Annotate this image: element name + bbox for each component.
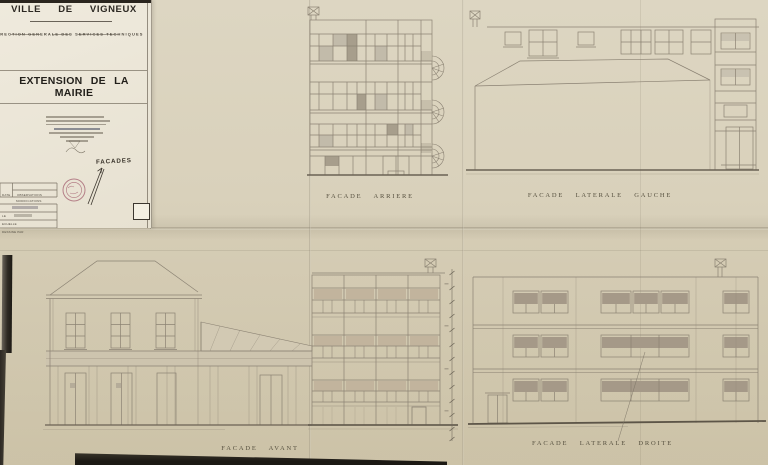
fold-crease-horizontal-2	[0, 250, 768, 251]
caption-facade-laterale-gauche: FACADE LATERALE GAUCHE	[495, 192, 705, 199]
approval-stamp-text	[46, 116, 116, 144]
drawing-facade-laterale-gauche	[463, 5, 761, 205]
scale-smudge	[14, 214, 32, 217]
dimension-line	[450, 269, 455, 441]
drawing-number-box	[133, 203, 150, 220]
facades-arrow	[88, 168, 104, 205]
dark-strip-left	[2, 255, 13, 353]
title-block: VILLE DE VIGNEUX DIRECTION GENERALE DES …	[0, 0, 152, 228]
commune-underline	[30, 21, 112, 22]
cartouche-dessine: DESSINE PAR	[2, 222, 45, 240]
drawing-facade-laterale-droite	[468, 255, 768, 450]
service-underline-2	[52, 34, 70, 35]
label-leader-line	[618, 352, 645, 441]
service-underline-3	[78, 34, 118, 35]
project-title: EXTENSION DE LA MAIRIE	[0, 75, 148, 99]
caption-facade-avant: FACADE AVANT	[195, 445, 325, 452]
spiral-stairs	[432, 56, 444, 168]
commune-title: VILLE DE VIGNEUX	[0, 4, 148, 15]
caption-facade-laterale-droite: FACADE LATERALE DROITE	[500, 440, 705, 447]
drawing-facade-arriere	[295, 4, 460, 204]
extension-roof	[201, 322, 312, 351]
drawing-facade-avant-extension	[308, 255, 463, 450]
drawing-facade-avant	[25, 255, 315, 463]
date-smudge	[12, 206, 38, 209]
service-underline-1	[10, 34, 40, 35]
sheet-top-edge	[0, 0, 151, 3]
caption-facade-arriere: FACADE ARRIERE	[300, 193, 440, 200]
photo-of-architectural-drawing: VILLE DE VIGNEUX DIRECTION GENERALE DES …	[0, 0, 768, 465]
service-line-wrap: DIRECTION GENERALE DES SERVICES TECHNIQU…	[0, 26, 152, 44]
ground-line	[468, 421, 766, 424]
